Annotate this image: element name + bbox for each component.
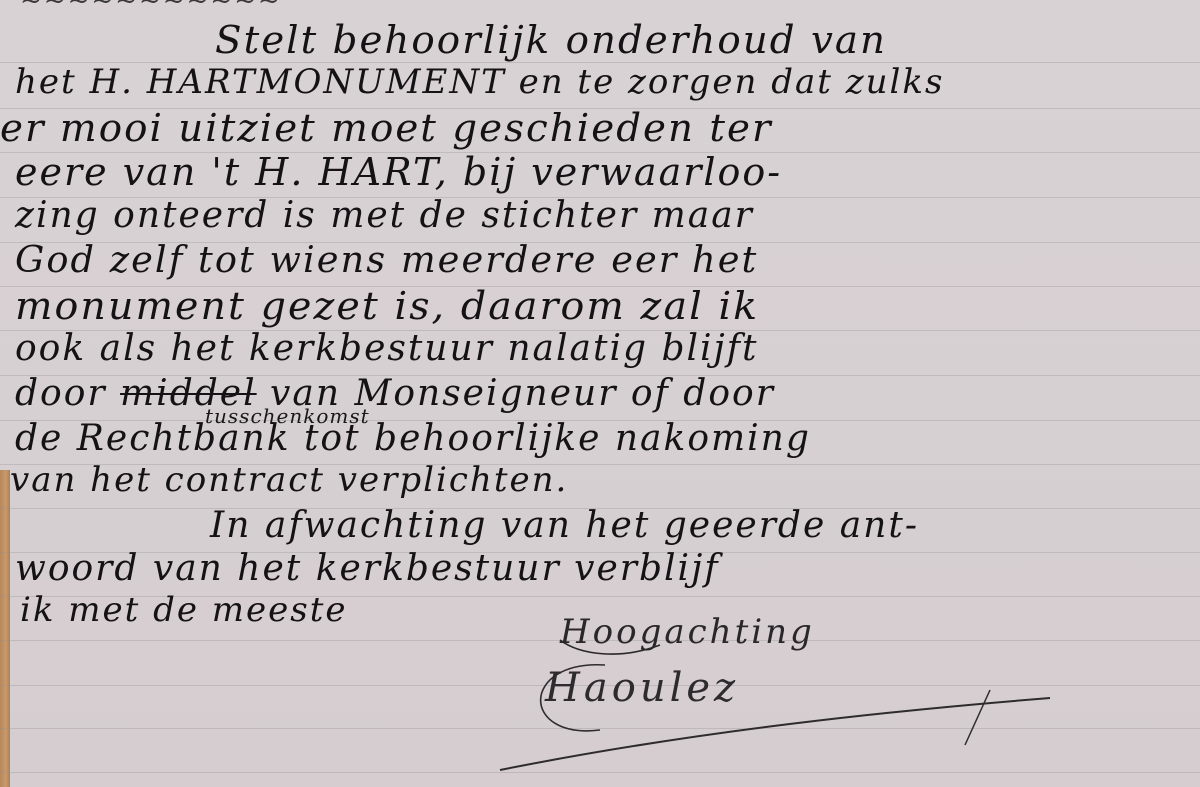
signature-flourish-icon bbox=[0, 0, 1200, 787]
letter-page: ~~~~~~~~~~~ Stelt behoorlijk onderhoud v… bbox=[0, 0, 1200, 787]
